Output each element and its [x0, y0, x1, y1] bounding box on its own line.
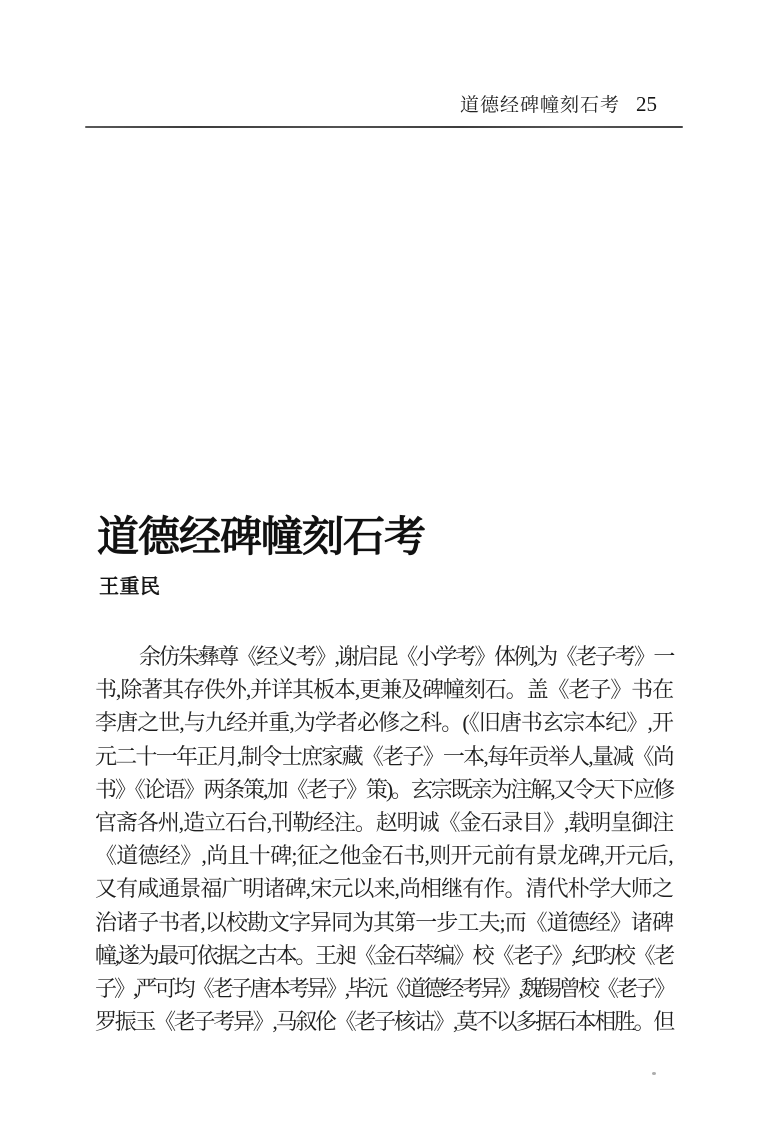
- paragraph-line: 书》《论语》两条策,加《老子》策)。玄宗既亲为注解,又令天下应修: [95, 773, 673, 806]
- page-header: 道德经碑幢刻石考 25: [460, 92, 657, 118]
- page-number: 25: [636, 92, 657, 116]
- paragraph-line-text: 幢,遂为最可依据之古本。王昶《金石萃编》校《老子》,纪昀校《老: [95, 939, 673, 972]
- paragraph-line: 幢,遂为最可依据之古本。王昶《金石萃编》校《老子》,纪昀校《老: [95, 939, 673, 972]
- paragraph-line-text: 书》《论语》两条策,加《老子》策)。玄宗既亲为注解,又令天下应修: [95, 773, 673, 806]
- paragraph-line: 李唐之世,与九经并重,为学者必修之科。(《旧唐书玄宗本纪》,开: [95, 706, 673, 739]
- paragraph-line-text: 元二十一年正月,制令士庶家藏《老子》一本,每年贡举人,量减《尚: [95, 740, 673, 773]
- paragraph-line: 《道德经》,尚且十碑;征之他金石书,则开元前有景龙碑,开元后,: [95, 839, 673, 872]
- paragraph-line-text: 治诸子书者,以校勘文字异同为其第一步工夫;而《道德经》诸碑: [95, 906, 673, 939]
- paragraph-line-text: 子》,严可均《老子唐本考异》,毕沅《道德经考异》,魏锡曾校《老子》: [95, 972, 673, 1005]
- article-title: 道德经碑幢刻石考: [97, 514, 425, 560]
- paragraph-line-text: 官斋各州,造立石台,刊勒经注。赵明诚《金石录目》,载明皇御注: [95, 806, 673, 839]
- paragraph-line-text: 《道德经》,尚且十碑;征之他金石书,则开元前有景龙碑,开元后,: [95, 839, 673, 872]
- paragraph-line-text: 罗振玉《老子考异》,马叙伦《老子核诂》,莫不以多据石本相胜。但: [95, 1005, 673, 1038]
- paragraph-line: 治诸子书者,以校勘文字异同为其第一步工夫;而《道德经》诸碑: [95, 906, 673, 939]
- paragraph-line: 书,除著其存佚外,并详其板本,更兼及碑幢刻石。盖《老子》书在: [95, 673, 673, 706]
- paragraph-line-text: 李唐之世,与九经并重,为学者必修之科。(《旧唐书玄宗本纪》,开: [95, 706, 673, 739]
- scanned-book-page: 道德经碑幢刻石考 25 道德经碑幢刻石考 王重民 余仿朱彝尊《经义考》,谢启昆《…: [0, 0, 763, 1122]
- paragraph-line: 余仿朱彝尊《经义考》,谢启昆《小学考》体例,为《老子考》一: [95, 640, 673, 673]
- scan-speck: [652, 1072, 656, 1075]
- paragraph-line: 元二十一年正月,制令士庶家藏《老子》一本,每年贡举人,量减《尚: [95, 740, 673, 773]
- header-rule: [85, 126, 683, 128]
- paragraph-line: 子》,严可均《老子唐本考异》,毕沅《道德经考异》,魏锡曾校《老子》: [95, 972, 673, 1005]
- paragraph-line-text: 余仿朱彝尊《经义考》,谢启昆《小学考》体例,为《老子考》一: [139, 640, 673, 673]
- paragraph-line: 又有咸通景福广明诸碑,宋元以来,尚相继有作。清代朴学大师之: [95, 872, 673, 905]
- running-title: 道德经碑幢刻石考: [460, 94, 620, 118]
- paragraph-line: 罗振玉《老子考异》,马叙伦《老子核诂》,莫不以多据石本相胜。但: [95, 1005, 673, 1038]
- author-name: 王重民: [99, 575, 161, 599]
- body-paragraph: 余仿朱彝尊《经义考》,谢启昆《小学考》体例,为《老子考》一 书,除著其存佚外,并…: [95, 640, 673, 1038]
- paragraph-line-text: 书,除著其存佚外,并详其板本,更兼及碑幢刻石。盖《老子》书在: [95, 673, 673, 706]
- paragraph-line-text: 又有咸通景福广明诸碑,宋元以来,尚相继有作。清代朴学大师之: [95, 872, 673, 905]
- paragraph-line: 官斋各州,造立石台,刊勒经注。赵明诚《金石录目》,载明皇御注: [95, 806, 673, 839]
